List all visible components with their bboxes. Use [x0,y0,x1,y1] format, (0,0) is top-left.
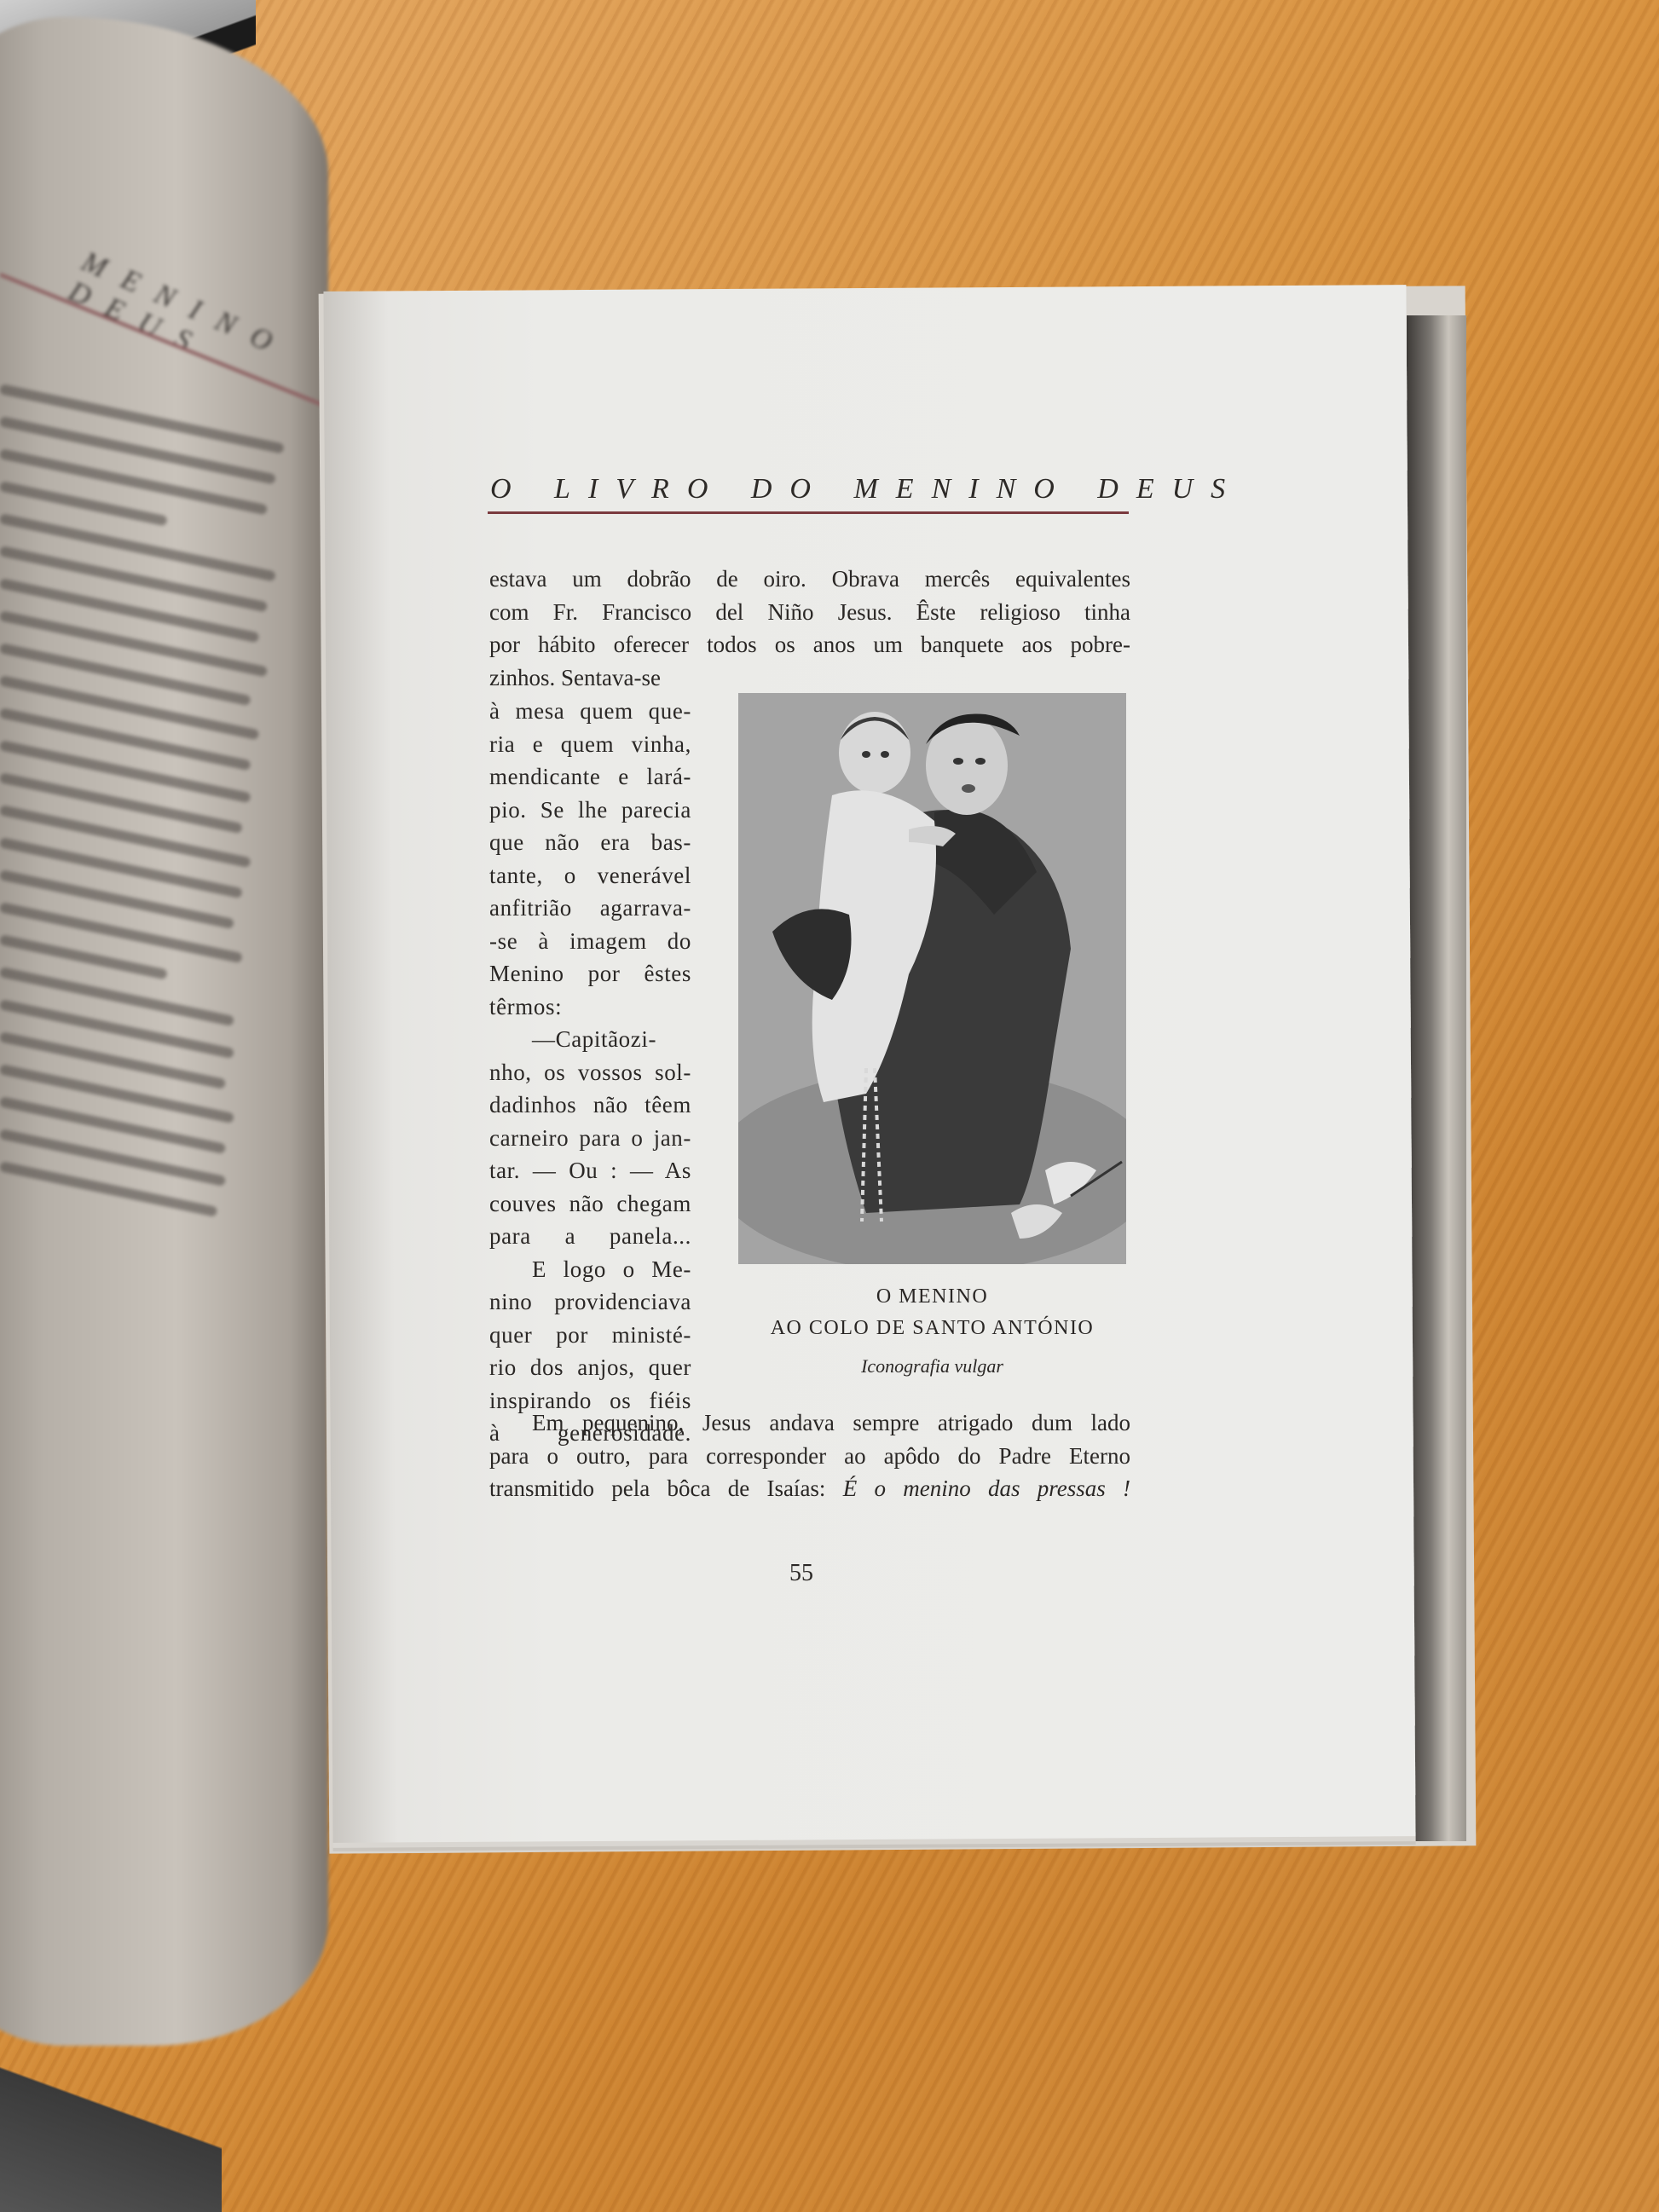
text-line: -se à imagem do [489,925,691,958]
text-line: tante, o venerável [489,859,691,892]
text-line: —Capitãozi- [489,1023,691,1056]
running-head: O LIVRO DO MENINO DEUS [490,473,1130,505]
bottom-paragraph: Em pequenino, Jesus andava sempre atriga… [489,1406,1130,1505]
text-line: carneiro para o jan- [489,1122,691,1155]
text-line: para o outro, para corresponder ao apôdo… [489,1440,1130,1473]
text-line: couves não chegam [489,1187,691,1221]
head-rule [488,511,1129,514]
italic-quote: É o menino das pressas ! [843,1476,1130,1501]
text-line: rio dos anjos, quer [489,1351,691,1384]
illustration-saint-anthony-with-child [738,693,1126,1264]
text-line: zinhos. Sentava-se [489,661,1130,695]
text-line: pio. Se lhe parecia [489,794,691,827]
page-number: 55 [767,1560,835,1587]
figure-caption-subtitle: AO COLO DE SANTO ANTÓNIO [738,1317,1126,1340]
text-line: anfitrião agarrava- [489,892,691,925]
text-line: têrmos: [489,990,691,1024]
text-line: dadinhos não têem [489,1089,691,1122]
text-line: que não era bas- [489,826,691,859]
text-line: por hábito oferecer todos os anos um ban… [489,628,1130,661]
figure-credit: Iconografia vulgar [738,1355,1126,1377]
narrow-column-text: à mesa quem que- ria e quem vinha, mendi… [489,695,691,1450]
left-page-blurred-text [0,384,307,1193]
text-line: transmitido pela bôca de Isaías: É o men… [489,1472,1130,1505]
page-edge [1407,315,1466,1841]
text-line: nino providenciava [489,1285,691,1319]
top-paragraph: estava um dobrão de oiro. Obrava mercês … [489,563,1130,694]
text-line: tar. — Ou : — As [489,1154,691,1187]
text-line: quer por ministé- [489,1319,691,1352]
text-line: E logo o Me- [489,1253,691,1286]
text-line: para a panela... [489,1220,691,1253]
text-line: mendicante e lará- [489,760,691,794]
left-page-curved: MENINO DEUS [0,17,328,2046]
saint-anthony-image-icon [738,693,1126,1264]
background-floor-corner [0,2050,222,2212]
text-line: com Fr. Francisco del Niño Jesus. Êste r… [489,596,1130,629]
text-line: à mesa quem que- [489,695,691,728]
text-line: Em pequenino, Jesus andava sempre atriga… [489,1406,1130,1440]
text-line: ria e quem vinha, [489,728,691,761]
figure-caption-title: O MENINO [738,1285,1126,1308]
text-line: estava um dobrão de oiro. Obrava mercês … [489,563,1130,596]
text-span: transmitido pela bôca de Isaías: [489,1476,843,1501]
text-line: Menino por êstes [489,957,691,990]
text-line: nho, os vossos sol- [489,1056,691,1089]
